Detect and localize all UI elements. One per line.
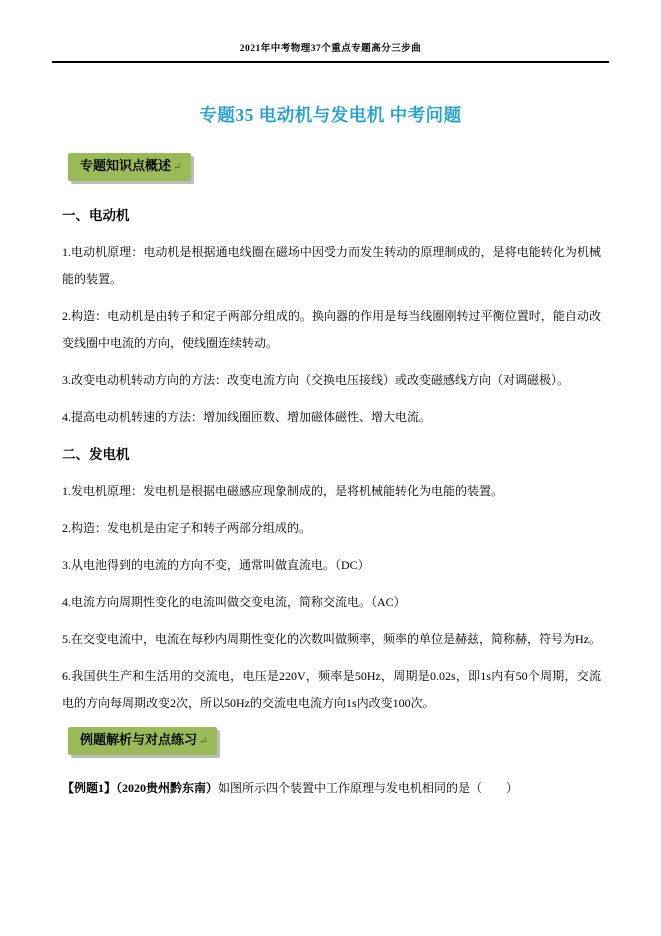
motor-item-2: 2.构造：电动机是由转子和定子两部分组成的。换向器的作用是每当线圈刚转过平衡位置… [62, 303, 601, 357]
paragraph-return-icon: ↵ [173, 162, 181, 173]
overview-badge-label: 专题知识点概述 [80, 158, 171, 173]
example-1-question: 如图所示四个装置中工作原理与发电机相同的是（ ） [218, 781, 518, 795]
motor-item-1: 1.电动机原理：电动机是根据通电线圈在磁场中因受力而发生转动的原理制成的，是将电… [62, 239, 601, 293]
generator-item-2: 2.构造：发电机是由定子和转子两部分组成的。 [62, 515, 601, 542]
generator-item-3: 3.从电池得到的电流的方向不变，通常叫做直流电。（DC） [62, 552, 601, 579]
page-header: 2021年中考物理37个重点专题高分三步曲 [52, 0, 609, 63]
generator-item-4: 4.电流方向周期性变化的电流叫做交变电流，简称交流电。（AC） [62, 589, 601, 616]
document-title: 专题35 电动机与发电机 中考问题 [0, 102, 661, 127]
section-badge-overview: 专题知识点概述↵ [68, 153, 191, 181]
generator-item-1: 1.发电机原理：发电机是根据电磁感应现象制成的，是将机械能转化为电能的装置。 [62, 478, 601, 505]
paragraph-return-icon: ↵ [199, 736, 207, 747]
examples-badge-label: 例题解析与对点练习 [80, 732, 197, 747]
example-1-label: 【例题1】（2020贵州黔东南） [62, 781, 218, 795]
section-badge-examples: 例题解析与对点练习↵ [68, 727, 217, 755]
motor-item-3: 3.改变电动机转动方向的方法：改变电流方向（交换电压接线）或改变磁感线方向（对调… [62, 367, 601, 394]
generator-item-6: 6.我国供生产和生活用的交流电，电压是220V，频率是50Hz，周期是0.02s… [62, 663, 601, 717]
overview-badge-row: 专题知识点概述↵ [68, 153, 661, 181]
section-heading-motor: 一、电动机 [62, 202, 601, 229]
knowledge-content: 一、电动机 1.电动机原理：电动机是根据通电线圈在磁场中因受力而发生转动的原理制… [62, 202, 601, 717]
motor-item-4: 4.提高电动机转速的方法：增加线圈匝数、增加磁体磁性、增大电流。 [62, 404, 601, 431]
section-heading-generator: 二、发电机 [62, 441, 601, 468]
page-header-title: 2021年中考物理37个重点专题高分三步曲 [52, 40, 609, 54]
document-page: 2021年中考物理37个重点专题高分三步曲 专题35 电动机与发电机 中考问题 … [0, 0, 661, 936]
examples-badge-row: 例题解析与对点练习↵ [68, 727, 661, 755]
generator-item-5: 5.在交变电流中，电流在每秒内周期性变化的次数叫做频率，频率的单位是赫兹，简称赫… [62, 626, 601, 653]
example-1: 【例题1】（2020贵州黔东南）如图所示四个装置中工作原理与发电机相同的是（ ） [62, 775, 601, 802]
